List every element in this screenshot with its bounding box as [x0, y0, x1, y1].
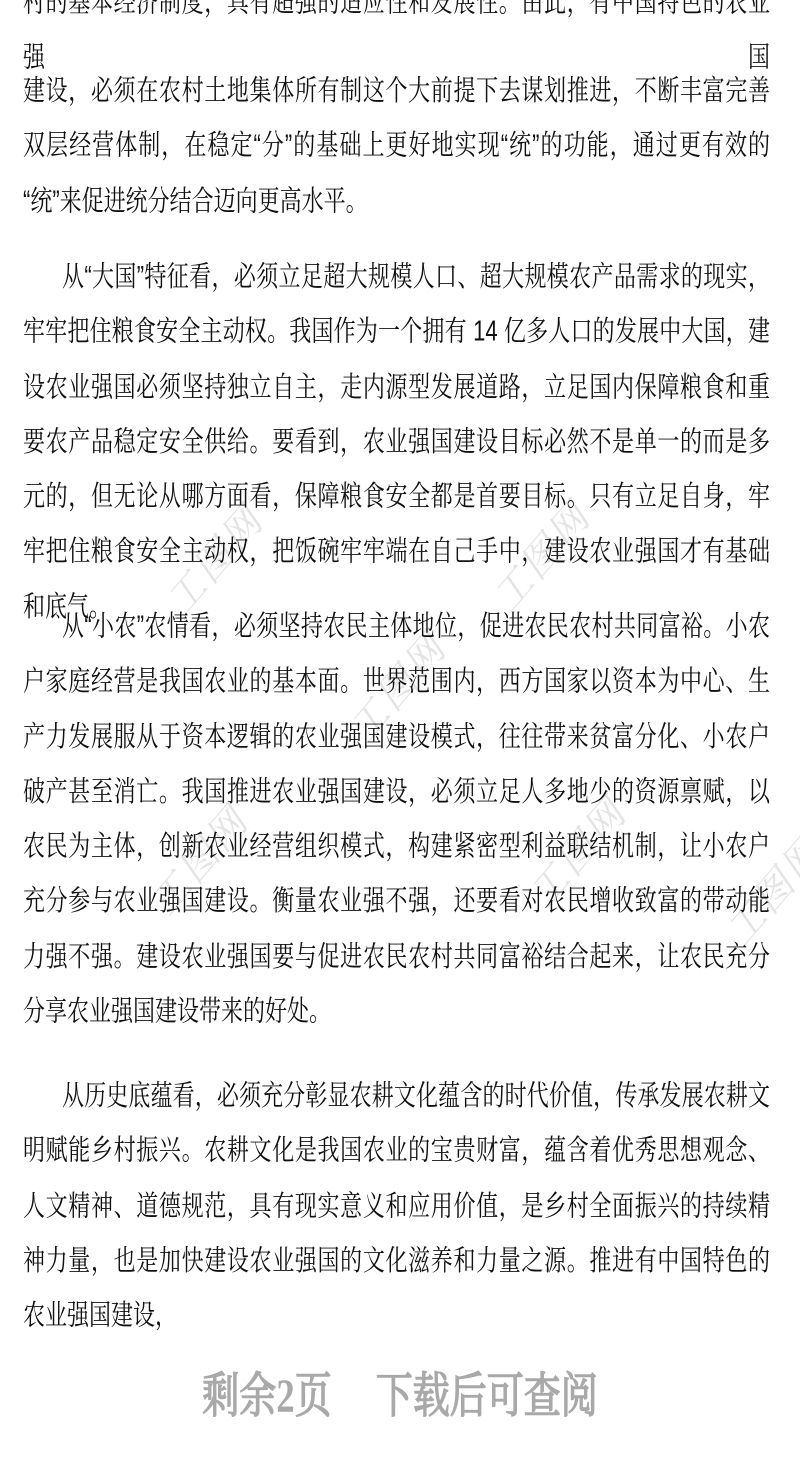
remaining-pages-label: 剩余2页 [202, 1373, 332, 1422]
download-hint-label: 下载后可查阅 [376, 1373, 598, 1422]
document-body: 村的基本经济制度，具有超强的适应性和发展性。由此，有中国特色的农业强国 建设，必… [0, 0, 800, 1472]
paragraph-1: 建设，必须在农村土地集体所有制这个大前提下去谋划推进，不断丰富完善双层经营体制，… [23, 64, 770, 229]
document-preview: { "page": { "background": "#ffffff", "te… [0, 0, 800, 1472]
document-page: 工图网工图网工图网工图网工图网工图网 村的基本经济制度，具有超强的适应性和发展性… [0, 0, 800, 1472]
paragraph-3: 从“小农”农情看，必须坚持农民主体地位，促进农民农村共同富裕。小农户家庭经营是我… [23, 599, 770, 1039]
preview-footer: 剩余2页 下载后可查阅 [0, 1373, 800, 1422]
paragraph-2: 从“大国”特征看，必须立足超大规模人口、超大规模农产品需求的现实，牢牢把住粮食安… [23, 250, 770, 635]
paragraph-4: 从历史底蕴看，必须充分彰显农耕文化蕴含的时代价值，传承发展农耕文明赋能乡村振兴。… [23, 1069, 770, 1344]
